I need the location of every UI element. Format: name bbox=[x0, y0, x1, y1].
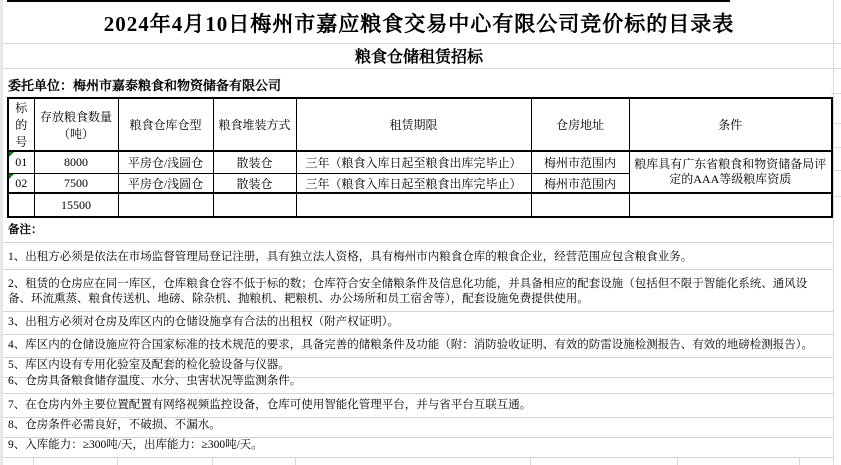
cell-lease-term[interactable]: 三年（粮食入库日起至粮食出库完毕止） bbox=[296, 151, 531, 174]
sheet-gridline bbox=[833, 0, 834, 465]
header-quantity[interactable]: 存放粮食数量（吨） bbox=[34, 98, 118, 151]
cell-target-id[interactable]: 02 bbox=[8, 174, 34, 194]
sheet-gridline bbox=[831, 93, 841, 94]
notes-section: 备注： 1、出租方必须是依法在市场监督管理局登记注册，具有独立法人资格，具有梅州… bbox=[3, 218, 833, 458]
sheet-gridline bbox=[117, 458, 118, 465]
sheet-gridline bbox=[799, 458, 800, 465]
cell-address[interactable]: 梅州市范围内 bbox=[531, 174, 629, 194]
cell-error-triangle-icon bbox=[9, 152, 14, 157]
note-item[interactable]: 3、出租方必须对仓房及库区内的仓储设施享有合法的出租权（附产权证明）。 bbox=[3, 312, 833, 335]
page-subtitle: 粮食仓储租赁招标 bbox=[7, 44, 831, 67]
note-item[interactable]: 6、仓房具备粮食储存温度、水分、虫害状况等监测条件。 bbox=[3, 378, 833, 394]
cell-quantity[interactable]: 8000 bbox=[34, 151, 118, 174]
cell-empty[interactable] bbox=[531, 193, 629, 217]
spreadsheet-canvas: 2024年4月10日梅州市嘉应粮食交易中心有限公司竞价标的目录表 粮食仓储租赁招… bbox=[0, 0, 841, 465]
page-title: 2024年4月10日梅州市嘉应粮食交易中心有限公司竞价标的目录表 bbox=[7, 3, 831, 42]
bidding-catalog-table: 标的号 存放粮食数量（吨） 粮食仓库仓型 粮食堆装方式 租赁期限 仓房地址 条件… bbox=[7, 97, 833, 218]
table-total-row: 15500 bbox=[8, 193, 832, 217]
cell-lease-term[interactable]: 三年（粮食入库日起至粮食出库完毕止） bbox=[296, 174, 531, 194]
cell-empty[interactable] bbox=[296, 193, 531, 217]
note-item[interactable]: 7、在仓房内外主要位置配置有网络视频监控设备，仓库可使用智能化管理平台，并与省平… bbox=[3, 394, 833, 418]
cell-empty[interactable] bbox=[629, 193, 832, 217]
header-warehouse-type[interactable]: 粮食仓库仓型 bbox=[118, 98, 213, 151]
header-condition[interactable]: 条件 bbox=[629, 98, 832, 151]
header-stacking[interactable]: 粮食堆装方式 bbox=[213, 98, 296, 151]
sheet-gridline bbox=[295, 458, 296, 465]
cell-empty[interactable] bbox=[118, 193, 213, 217]
note-item[interactable]: 8、仓房条件必需良好，不破损、不漏水。 bbox=[3, 418, 833, 438]
cell-stacking[interactable]: 散装仓 bbox=[213, 151, 296, 174]
note-item[interactable]: 2、租赁的仓房应在同一库区，仓库粮食仓容不低于标的数；仓库符合安全储粮条件及信息… bbox=[3, 270, 833, 312]
cell-target-id[interactable]: 01 bbox=[8, 151, 34, 174]
cell-address[interactable]: 梅州市范围内 bbox=[531, 151, 629, 174]
header-target-id[interactable]: 标的号 bbox=[8, 98, 34, 151]
client-unit-line: 委托单位：梅州市嘉泰粮食和物资储备有限公司 bbox=[8, 70, 708, 94]
sheet-gridline bbox=[212, 458, 213, 465]
sheet-gridline bbox=[3, 68, 841, 69]
cell-empty[interactable] bbox=[213, 193, 296, 217]
cell-warehouse-type[interactable]: 平房仓/浅圆仓 bbox=[118, 174, 213, 194]
cell-quantity[interactable]: 7500 bbox=[34, 174, 118, 194]
notes-label[interactable]: 备注： bbox=[3, 218, 833, 243]
note-item[interactable]: 9、入库能力：≥300吨/天，出库能力：≥300吨/天。 bbox=[3, 438, 833, 458]
header-lease-term[interactable]: 租赁期限 bbox=[296, 98, 531, 151]
sheet-gridline bbox=[530, 458, 531, 465]
table-header-row: 标的号 存放粮食数量（吨） 粮食仓库仓型 粮食堆装方式 租赁期限 仓房地址 条件 bbox=[8, 98, 832, 151]
cell-stacking[interactable]: 散装仓 bbox=[213, 174, 296, 194]
top-border-line bbox=[7, 0, 730, 2]
note-item[interactable]: 4、库区内的仓储设施应符合国家标准的技术规范的要求，具备完善的储粮条件及功能（附… bbox=[3, 335, 833, 358]
cell-empty[interactable] bbox=[8, 193, 34, 217]
header-address[interactable]: 仓房地址 bbox=[531, 98, 629, 151]
cell-condition-merged[interactable]: 粮库具有广东省粮食和物资储备局评定的AAA等级粮库资质 bbox=[629, 151, 832, 193]
cell-total-quantity[interactable]: 15500 bbox=[34, 193, 118, 217]
table-row: 01 8000 平房仓/浅圆仓 散装仓 三年（粮食入库日起至粮食出库完毕止） 梅… bbox=[8, 151, 832, 174]
cell-error-triangle-icon bbox=[9, 174, 14, 179]
sheet-gridline bbox=[33, 458, 34, 465]
sheet-gridline bbox=[677, 458, 678, 465]
cell-warehouse-type[interactable]: 平房仓/浅圆仓 bbox=[118, 151, 213, 174]
note-item[interactable]: 1、出租方必须是依法在市场监督管理局登记注册，具有独立法人资格，具有梅州市内粮食… bbox=[3, 243, 833, 270]
